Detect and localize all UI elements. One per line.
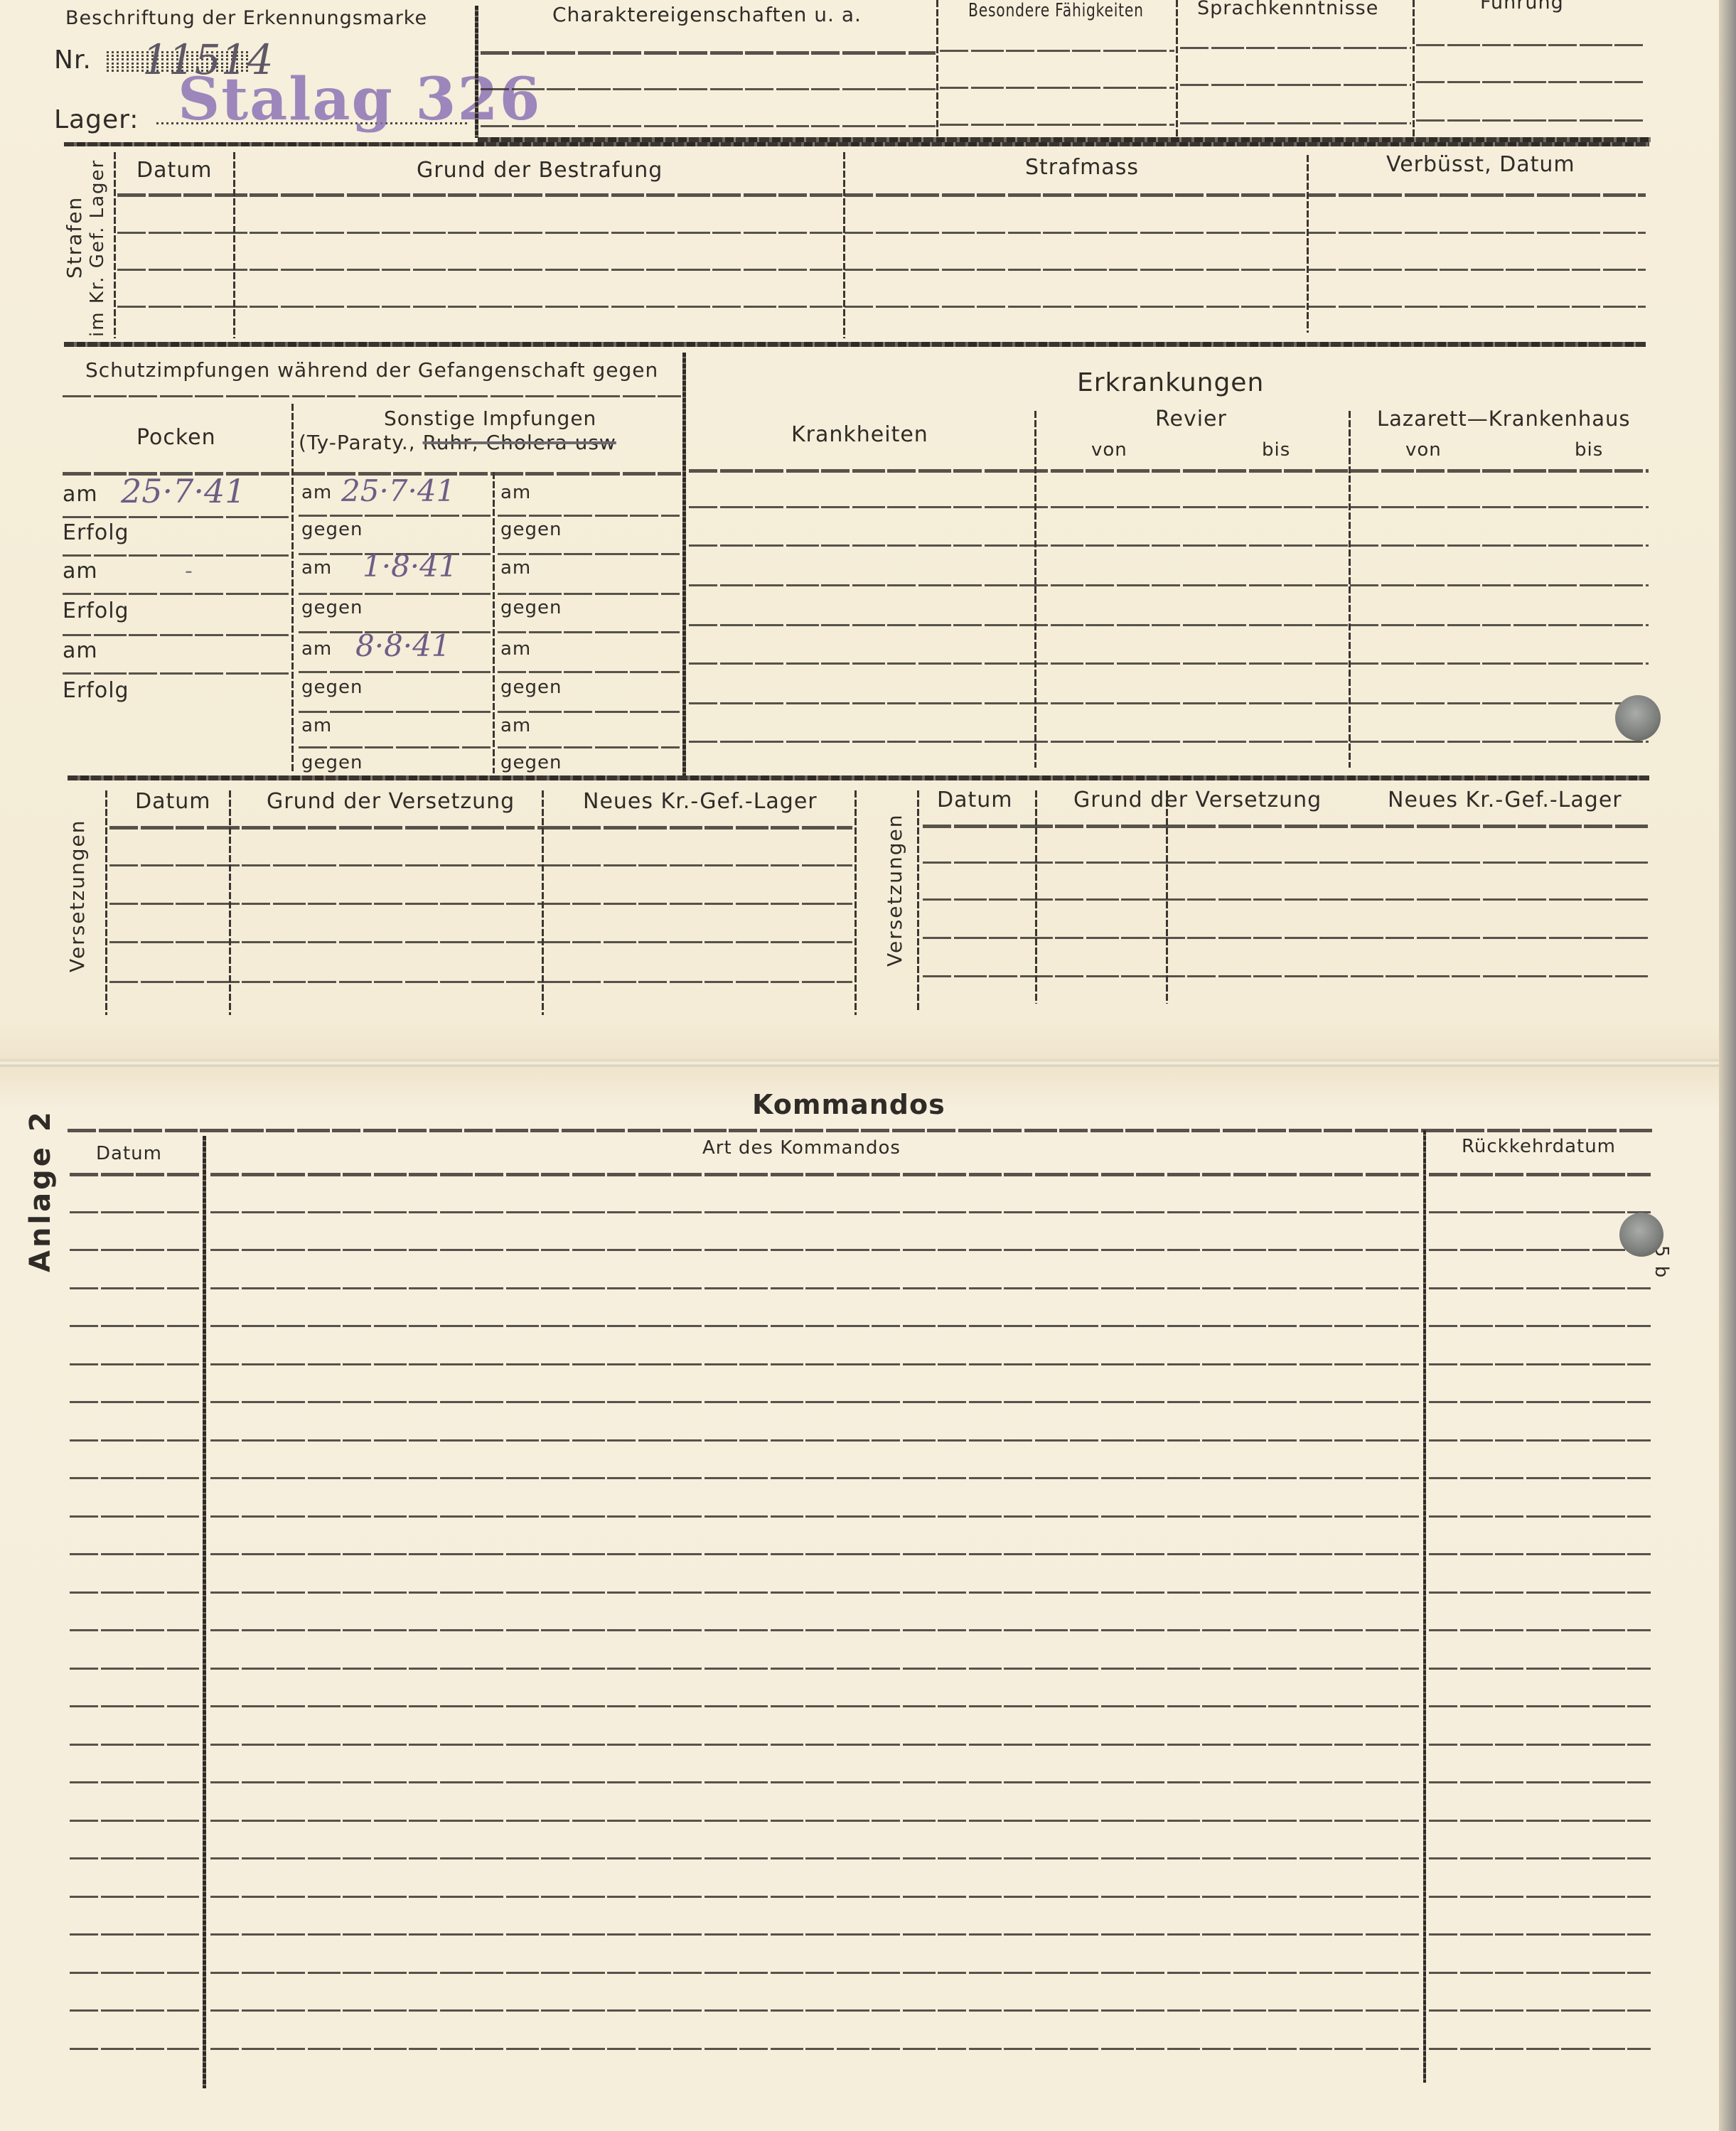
- col-fuehrung-label: Führung: [1480, 0, 1564, 14]
- table-row-line: [210, 1553, 1419, 1555]
- table-row-line: [1429, 1553, 1651, 1555]
- versetzung-header-lager: Neues Kr.-Gef.-Lager: [583, 789, 818, 814]
- table-row-line: [1429, 1477, 1651, 1479]
- field-line: [63, 634, 289, 636]
- divider: [1035, 790, 1037, 1004]
- table-row-line: [70, 1668, 199, 1670]
- header-line: [689, 469, 1649, 473]
- divider: [291, 404, 294, 773]
- table-row-line: [1429, 1211, 1651, 1213]
- field-line: [940, 87, 1174, 89]
- table-row-line: [117, 193, 1646, 197]
- sonstige2-label: gegen: [500, 597, 562, 618]
- versetzung2-header-datum: Datum: [937, 788, 1012, 812]
- table-row-line: [70, 1439, 199, 1442]
- table-row-line: [689, 544, 1649, 547]
- divider: [1423, 1130, 1426, 2083]
- versetzung-header-grund: Grund der Versetzung: [267, 789, 515, 814]
- table-row-line: [1429, 1439, 1651, 1442]
- top-columns: Charaktereigenschaften u. a. Besondere F…: [478, 0, 1651, 139]
- table-row-line: [689, 624, 1649, 626]
- table-row-line: [1429, 1325, 1651, 1327]
- pocken-row-label: Erfolg: [63, 598, 129, 623]
- divider: [1166, 790, 1168, 1004]
- field-line: [481, 88, 936, 90]
- table-row-line: [1429, 1249, 1651, 1251]
- table-row-line: [210, 1401, 1419, 1403]
- table-row-line: [70, 1553, 199, 1555]
- table-row-line: [70, 1972, 199, 1974]
- field-line: [498, 593, 680, 595]
- field-line: [1180, 47, 1411, 49]
- divider: [203, 1136, 206, 2088]
- section-rule: [68, 775, 1649, 780]
- field-line: [940, 50, 1174, 52]
- sonstige2-label: am: [500, 638, 531, 660]
- strafen-section: Strafen im Kr. Gef. Lager Datum Grund de…: [0, 146, 1656, 342]
- field-line: [299, 711, 491, 713]
- strafen-side-label: Strafen: [63, 196, 86, 279]
- sonstige2-label: gegen: [500, 519, 562, 540]
- sonstige2-label: am: [500, 482, 531, 503]
- header-line: [210, 1173, 1419, 1176]
- table-row-line: [70, 1401, 199, 1403]
- pocken-row-label: am: [63, 638, 98, 663]
- table-row-line: [689, 741, 1649, 743]
- scan-edge: [1719, 0, 1736, 2131]
- divider: [114, 152, 116, 338]
- nr-label: Nr.: [54, 45, 92, 75]
- field-line: [498, 515, 680, 517]
- table-row-line: [210, 1249, 1419, 1251]
- table-row-line: [70, 1211, 199, 1213]
- field-line: [299, 746, 491, 748]
- table-row-line: [70, 1933, 199, 1936]
- versetzungen-left: Versetzungen Datum Grund der Versetzung …: [0, 780, 853, 1015]
- field-line: [299, 515, 491, 517]
- lazarett-header: Lazarett—Krankenhaus: [1377, 407, 1631, 431]
- table-row-line: [689, 506, 1649, 508]
- sonstige1-date-2[interactable]: 1·8·41: [363, 549, 458, 584]
- sonstige1-label: am: [301, 715, 332, 736]
- divider: [1349, 411, 1351, 768]
- sonstige1-label: gegen: [301, 752, 363, 773]
- table-row-line: [117, 232, 1646, 234]
- field-line: [498, 746, 680, 748]
- table-row-line: [109, 903, 852, 905]
- table-row-line: [689, 662, 1649, 665]
- header-line: [70, 1173, 199, 1176]
- table-row-line: [70, 1325, 199, 1327]
- table-row-line: [70, 1287, 199, 1289]
- col-charakter-label: Charaktereigenschaften u. a.: [552, 3, 862, 26]
- sonstige-header-struck: Ruhr, Cholera usw: [423, 431, 616, 454]
- krankheiten-header: Krankheiten: [791, 422, 928, 447]
- table-row-line: [210, 1211, 1419, 1213]
- field-line: [481, 51, 936, 55]
- field-line: [299, 671, 491, 673]
- field-line: [1416, 81, 1644, 83]
- field-line: [63, 554, 289, 557]
- revier-header: Revier: [1155, 407, 1227, 431]
- table-row-line: [1429, 1857, 1651, 1859]
- table-row-line: [70, 1515, 199, 1518]
- table-row-line: [70, 1629, 199, 1631]
- table-row-line: [210, 1896, 1419, 1898]
- table-row-line: [70, 1249, 199, 1251]
- divider: [917, 790, 919, 1011]
- kommandos-header-datum: Datum: [96, 1143, 162, 1164]
- table-row-line: [689, 702, 1649, 704]
- table-row-line: [210, 1629, 1419, 1631]
- strafen-side-label-2: im Kr. Gef. Lager: [87, 159, 108, 337]
- field-line: [498, 631, 680, 633]
- sonstige2-label: am: [500, 715, 531, 736]
- erkrankungen-title: Erkrankungen: [1077, 368, 1264, 397]
- section-rule: [64, 342, 1646, 347]
- divider: [936, 0, 938, 139]
- erkrankungen-section: Erkrankungen Krankheiten Revier von bis …: [686, 347, 1653, 773]
- table-row-line: [210, 1477, 1419, 1479]
- pocken-date-2[interactable]: -: [185, 559, 193, 584]
- table-row-line: [210, 1705, 1419, 1707]
- divider: [843, 152, 845, 338]
- table-row-line: [70, 1705, 199, 1707]
- table-row-line: [70, 1477, 199, 1479]
- field-line: [1180, 84, 1411, 86]
- table-row-line: [689, 584, 1649, 586]
- table-row-line: [923, 861, 1648, 864]
- table-row-line: [210, 1515, 1419, 1518]
- table-row-line: [70, 2048, 199, 2050]
- section-rule: [478, 137, 1651, 142]
- revier-von: von: [1091, 439, 1127, 461]
- kommandos-header-art: Art des Kommandos: [702, 1137, 901, 1159]
- field-line: [63, 593, 289, 595]
- field-line: [1416, 44, 1644, 46]
- sonstige1-label: am: [301, 638, 332, 660]
- table-row-line: [70, 1363, 199, 1365]
- table-row-line: [1429, 1401, 1651, 1403]
- table-row-line: [1429, 2048, 1651, 2050]
- table-row-line: [70, 1896, 199, 1898]
- table-row-line: [1429, 2009, 1651, 2012]
- divider: [1176, 0, 1178, 139]
- table-row-line: [70, 1820, 199, 1822]
- table-row-line: [1429, 1363, 1651, 1365]
- pocken-date-1[interactable]: 25·7·41: [121, 472, 246, 510]
- fold-crease: [0, 1058, 1719, 1068]
- header-line: [63, 395, 681, 397]
- table-row-line: [117, 306, 1646, 308]
- table-row-line: [70, 1744, 199, 1746]
- sonstige2-label: gegen: [500, 752, 562, 773]
- sonstige2-label: am: [500, 557, 531, 579]
- field-line: [63, 672, 289, 675]
- table-row-line: [70, 1857, 199, 1859]
- field-line: [940, 124, 1174, 126]
- table-row-line: [210, 1744, 1419, 1746]
- table-row-line: [1429, 1820, 1651, 1822]
- table-row-line: [70, 1781, 199, 1783]
- table-row-line: [210, 1933, 1419, 1936]
- versetzung2-header-lager: Neues Kr.-Gef.-Lager: [1388, 788, 1622, 812]
- pocken-row-label: am: [63, 482, 98, 507]
- table-row-line: [1429, 1744, 1651, 1746]
- table-row-line: [109, 864, 852, 866]
- sonstige-header: Sonstige Impfungen: [384, 407, 596, 430]
- table-row-line: [117, 269, 1646, 271]
- col-faehigkeiten-label: Besondere Fähigkeiten: [968, 0, 1144, 21]
- versetzungen-side-label-2: Versetzungen: [883, 814, 906, 967]
- divider: [493, 472, 495, 773]
- field-line: [299, 593, 491, 595]
- field-line: [498, 711, 680, 713]
- table-row-line: [1429, 1591, 1651, 1594]
- punch-hole: [1615, 695, 1661, 741]
- table-row-line: [1429, 1515, 1651, 1518]
- versetzungen-right: Versetzungen Datum Grund der Versetzung …: [839, 780, 1656, 1015]
- sonstige2-label: gegen: [500, 677, 562, 698]
- divider: [1413, 0, 1415, 139]
- sonstige1-date-1[interactable]: 25·7·41: [341, 473, 455, 508]
- table-row-line: [1429, 1972, 1651, 1974]
- table-row-line: [70, 1591, 199, 1594]
- table-row-line: [210, 1287, 1419, 1289]
- impfungen-title: Schutzimpfungen während der Gefangenscha…: [85, 358, 658, 382]
- sonstige1-label: am: [301, 482, 332, 503]
- table-row-line: [210, 1363, 1419, 1365]
- sonstige1-label: gegen: [301, 519, 363, 540]
- erkennungsmarke-box: Beschriftung der Erkennungsmarke Nr. 115…: [50, 0, 476, 139]
- table-row-line: [210, 1439, 1419, 1442]
- sonstige1-date-3[interactable]: 8·8·41: [355, 628, 451, 663]
- table-row-line: [923, 937, 1648, 939]
- field-line: [63, 516, 289, 518]
- kommandos-header-rueckkehr: Rückkehrdatum: [1462, 1136, 1616, 1157]
- sonstige-header-plain: (Ty-Paraty.,: [299, 431, 423, 454]
- lazarett-bis: bis: [1575, 439, 1603, 461]
- table-row-line: [109, 981, 852, 983]
- strafen-header-strafmass: Strafmass: [1025, 155, 1139, 180]
- versetzungen-side-label: Versetzungen: [65, 820, 89, 972]
- impfungen-section: Schutzimpfungen während der Gefangenscha…: [57, 347, 690, 773]
- strafen-header-verbuesst: Verbüsst, Datum: [1386, 152, 1575, 177]
- versetzung2-header-grund: Grund der Versetzung: [1073, 788, 1322, 812]
- table-row-line: [210, 1781, 1419, 1783]
- table-row-line: [210, 1972, 1419, 1974]
- pocken-row-label: Erfolg: [63, 678, 129, 703]
- table-row-line: [109, 941, 852, 943]
- divider: [105, 790, 107, 1015]
- table-row-line: [210, 2009, 1419, 2012]
- sonstige1-label: gegen: [301, 597, 363, 618]
- versetzung-header-datum: Datum: [135, 789, 210, 814]
- pocken-header: Pocken: [136, 425, 216, 450]
- erkennungsmarke-label: Beschriftung der Erkennungsmarke: [65, 7, 427, 29]
- table-row-line: [1429, 1629, 1651, 1631]
- strafen-header-grund: Grund der Bestrafung: [417, 158, 663, 183]
- anlage-label: Anlage 2: [24, 1109, 57, 1272]
- table-row-line: [1429, 1896, 1651, 1898]
- divider: [1034, 411, 1036, 768]
- col-sprachen-label: Sprachkenntnisse: [1197, 0, 1378, 19]
- strafen-header-datum: Datum: [136, 158, 212, 183]
- sonstige1-label: am: [301, 557, 332, 579]
- table-row-line: [1429, 1705, 1651, 1707]
- field-line: [1180, 122, 1411, 124]
- revier-bis: bis: [1262, 439, 1290, 461]
- sonstige-header-sub: (Ty-Paraty., Ruhr, Cholera usw: [299, 431, 616, 454]
- table-row-line: [1429, 1668, 1651, 1670]
- pocken-row-label: Erfolg: [63, 520, 129, 545]
- field-line: [481, 125, 936, 127]
- header-line: [1429, 1173, 1651, 1176]
- table-row-line: [210, 1668, 1419, 1670]
- field-line: [498, 671, 680, 673]
- sonstige1-label: gegen: [301, 677, 363, 698]
- field-line: [498, 553, 680, 555]
- lager-label: Lager:: [54, 105, 139, 134]
- table-row-line: [923, 898, 1648, 901]
- table-row-line: [210, 1325, 1419, 1327]
- field-line: [1416, 119, 1644, 122]
- divider: [233, 152, 235, 338]
- table-row-line: [210, 2048, 1419, 2050]
- table-row-line: [210, 1820, 1419, 1822]
- punch-hole: [1619, 1213, 1663, 1257]
- header-line: [68, 1129, 1653, 1132]
- table-row-line: [70, 2009, 199, 2012]
- kommandos-title: Kommandos: [752, 1089, 945, 1120]
- table-row-line: [210, 1857, 1419, 1859]
- pocken-row-label: am: [63, 559, 98, 584]
- table-row-line: [923, 975, 1648, 977]
- table-row-line: [1429, 1781, 1651, 1783]
- table-row-line: [210, 1591, 1419, 1594]
- table-row-line: [1429, 1933, 1651, 1936]
- header-line: [109, 826, 852, 830]
- header-line: [923, 825, 1648, 828]
- lazarett-von: von: [1405, 439, 1442, 461]
- table-row-line: [1429, 1287, 1651, 1289]
